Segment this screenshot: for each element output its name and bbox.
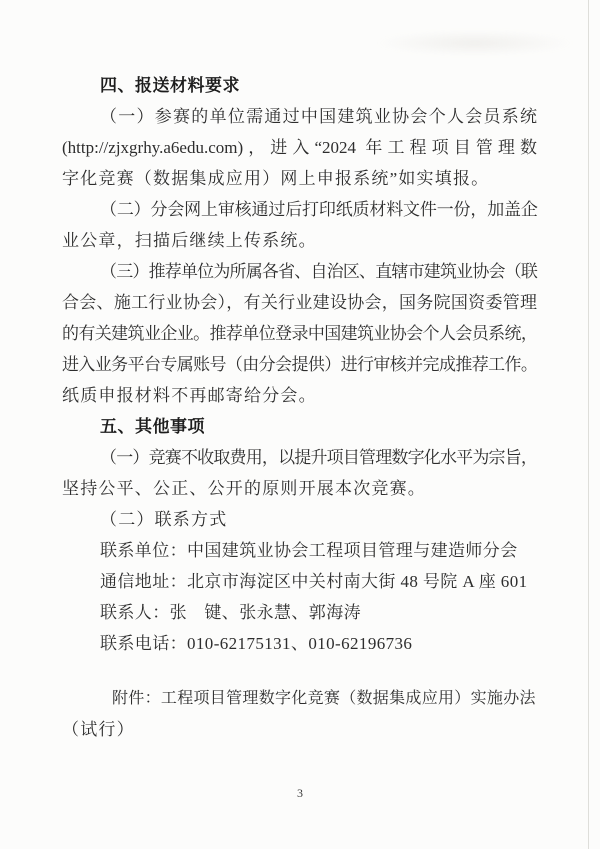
s4-p3-line1: （三）推荐单位为所属各省、自治区、直辖市建筑业协会（联	[62, 256, 537, 287]
s4-p1-line3: 字化竞赛（数据集成应用）网上申报系统”如实填报。	[62, 163, 537, 194]
contact-person-line: 联系人：张 键、张永慧、郭海涛	[62, 597, 537, 628]
s5-p1-line1: （一）竞赛不收取费用，以提升项目管理数字化水平为宗旨，	[62, 442, 537, 473]
contact-phone-line: 联系电话：010-62175131、010-62196736	[62, 628, 537, 659]
s5-p1-line2: 坚持公平、公正、公开的原则开展本次竞赛。	[62, 473, 537, 504]
page-content: 四、报送材料要求 （一）参赛的单位需通过中国建筑业协会个人会员系统 (http:…	[62, 70, 537, 745]
contact-address-line: 通信地址：北京市海淀区中关村南大街 48 号院 A 座 601	[62, 566, 537, 597]
s4-p3-line5: 纸质申报材料不再邮寄给分会。	[62, 380, 537, 411]
paper-edge-line	[588, 0, 589, 849]
attachment-line2: （试行）	[62, 714, 537, 745]
s4-p3-line4: 进入业务平台专属账号（由分会提供）进行审核并完成推荐工作。	[62, 349, 537, 380]
s4-p3-line2: 合会、施工行业协会），有关行业建设协会，国务院国资委管理	[62, 287, 537, 318]
document-page: 四、报送材料要求 （一）参赛的单位需通过中国建筑业协会个人会员系统 (http:…	[0, 0, 600, 849]
s4-p1-line1: （一）参赛的单位需通过中国建筑业协会个人会员系统	[62, 101, 537, 132]
s4-p2-line1: （二）分会网上审核通过后打印纸质材料文件一份，加盖企	[62, 194, 537, 225]
section5-heading: 五、其他事项	[62, 411, 537, 442]
s4-p2-line2: 业公章，扫描后继续上传系统。	[62, 225, 537, 256]
attachment-line1: 附件：工程项目管理数字化竞赛（数据集成应用）实施办法	[62, 683, 537, 714]
scan-smudge-artifact	[375, 30, 575, 56]
contact-unit-line: 联系单位：中国建筑业协会工程项目管理与建造师分会	[62, 535, 537, 566]
s5-contact-heading: （二）联系方式	[62, 504, 537, 535]
s4-p1-line2: (http://zjxgrhy.a6edu.com)，进入“2024 年工程项目…	[62, 132, 537, 163]
page-number: 3	[0, 786, 600, 801]
section4-heading: 四、报送材料要求	[62, 70, 537, 101]
s4-p3-line3: 的有关建筑业企业。推荐单位登录中国建筑业协会个人会员系统，	[62, 318, 537, 349]
